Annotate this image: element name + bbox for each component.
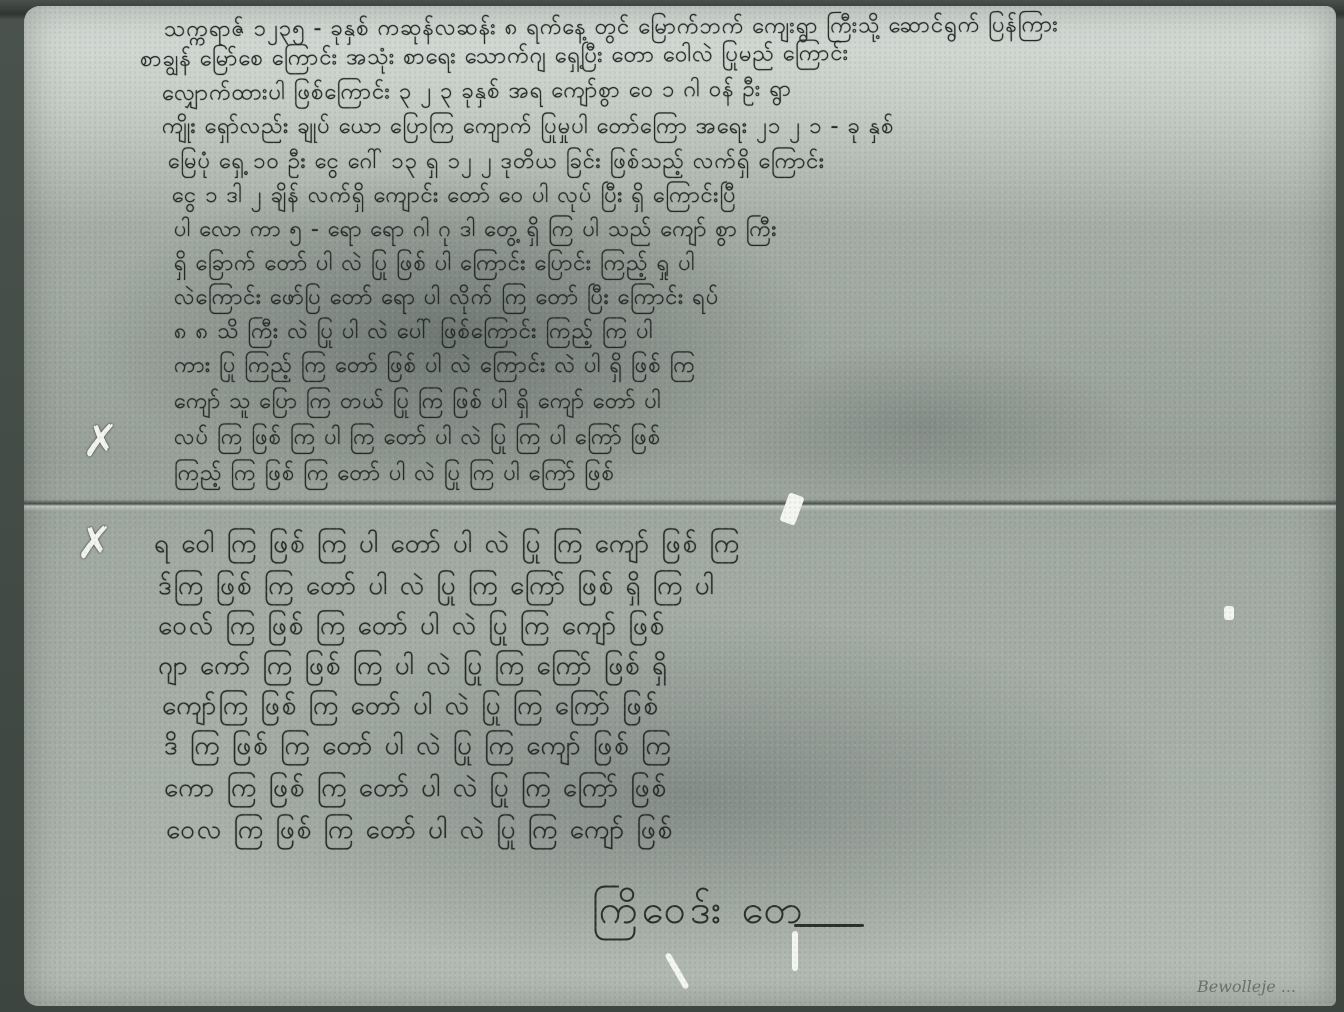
margin-cross-mark-lower: ✗ [76,518,113,569]
faint-annotation: Bewolleje ... [1197,977,1296,996]
text-line: ကျိုး ရှော်လည်း ချုပ် ယော ပြောကြ ကျောက် … [162,111,895,144]
text-line: ကျော် သူ ပြော ကြ တယ် ပြု ကြ ဖြစ် ပါ ရှိ … [174,386,662,419]
text-line: လပ် ကြ ဖြစ် ကြ ပါ ကြ တော် ပါ လဲ ပြု ကြ ပ… [174,422,661,455]
paper-damage-mark [792,931,798,971]
text-line: မြေပုံ ရှေ့ ၁၀ ဦး ငွေ ဂေါ် ၁၃ ရှ ၁၂ ၂ ဒု… [168,146,825,179]
signature-flourish [794,924,864,927]
lower-text-block: ရ ဝေါ ကြ ဖြစ် ကြ ပါ တော် ပါ လဲ ပြု ကြ ကျ… [154,516,1316,856]
fold-crease [24,499,1336,511]
text-line: စာချွန် မြော်စေ ကြောင်း အသုံး စာရေး သောက… [140,38,849,77]
paper-damage-mark [664,952,689,990]
text-line: ဝေလ် ကြ ဖြစ် ကြ တော် ပါ လဲ ပြု ကြ ကျော် … [158,608,666,647]
text-line: ကော ကြ ဖြစ် ကြ တော် ပါ လဲ ပြု ကြ ကြော် ဖ… [164,770,668,809]
text-line: လဲကြောင်း ဖော်ပြ တော် ရော ပါ လိုက် ကြ တေ… [174,282,719,315]
text-line: ပါ လော ကာ ၅ - ရော ရော ဂါ ဂု ဒါ တွေ့ ရှိ … [174,214,778,247]
text-line: ရှိ ခြောက် တော် ပါ လဲ ပြု ဖြစ် ပါ ကြောင်… [174,248,696,281]
text-line: လျှောက်ထားပါ ဖြစ်ကြောင်း ၃ ၂ ၃ ခုနှစ် အရ… [162,74,792,111]
text-line: ဂျာ ကော် ကြ ဖြစ် ကြ ပါ လဲ ပြု ကြ ကြော် ဖ… [158,648,669,687]
upper-text-block: သက္ကရာဇ် ၁၂၃၅ - ခုနှစ် ကဆုန်လဆန်း ၈ ရက်န… [154,6,1316,496]
text-line: ကျော်ကြ ဖြစ် ကြ တော် ပါ လဲ ပြု ကြ ကြော် … [162,688,660,727]
text-line: ကား ပြု ကြည့် ကြ တော် ဖြစ် ပါ လဲ ကြောင်း… [174,350,696,383]
paper-damage-mark [1224,606,1234,620]
signature: ကြိဝေဒ်း ဝော [592,884,806,943]
text-line: ဒိ ကြ ဖြစ် ကြ တော် ပါ လဲ ပြု ကြ ကျော် ဖြ… [164,728,673,767]
text-line: ၈ ၈ သိ ကြီး လဲ ပြု ပါ လဲ ပေါ် ဖြစ်ကြောင်… [174,316,654,349]
margin-cross-mark-upper: ✗ [82,416,119,467]
text-line: ရ ဝေါ ကြ ဖြစ် ကြ ပါ တော် ပါ လဲ ပြု ကြ ကျ… [154,526,741,565]
text-line: ငွေ ၁ ဒါ ၂ ချိန် လက်ရှိ ကျောင်း တော် ဝေ … [172,180,737,213]
text-line: ဝေလ ကြ ဖြစ် ကြ တော် ပါ လဲ ပြု ကြ ကျော် ဖ… [166,812,674,851]
manuscript-sheet: ✗ ✗ သက္ကရာဇ် ၁၂၃၅ - ခုနှစ် ကဆုန်လဆန်း ၈ … [24,6,1336,1006]
text-line: ဒ်ကြ ဖြစ် ကြ တော် ပါ လဲ ပြု ကြ ကြော် ဖြစ… [158,568,716,607]
text-line: ကြည့် ကြ ဖြစ် ကြ တော် ပါ လဲ ပြု ကြ ပါ ကြ… [174,458,615,491]
